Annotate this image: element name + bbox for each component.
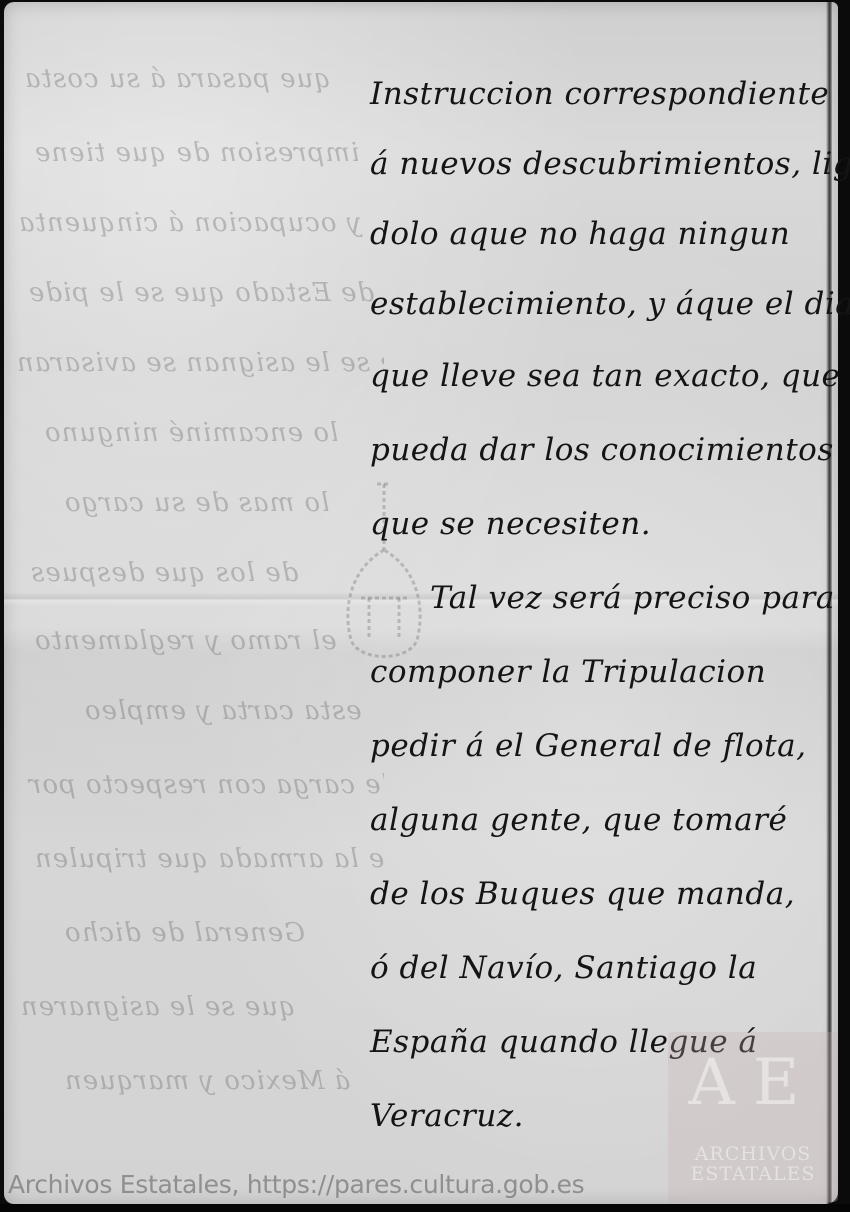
manuscript-line: alguna gente, que tomaré xyxy=(370,802,787,838)
logo-caption: ARCHIVOS ESTATALES xyxy=(668,1144,838,1184)
scan-bottom-edge xyxy=(0,1204,850,1212)
manuscript-line: Instruccion correspondiente xyxy=(370,76,829,112)
manuscript-line: que se necesiten. xyxy=(370,506,651,542)
manuscript-line: Tal vez será preciso para xyxy=(430,580,835,616)
archivos-estatales-logo: AE ARCHIVOS ESTATALES xyxy=(668,1032,838,1202)
bleed-line: á Mexico y marquen xyxy=(64,1066,350,1096)
manuscript-line: establecimiento, y áque el diario xyxy=(370,286,850,322)
bleed-line: de la armada que tripulen xyxy=(34,844,384,874)
bleed-through-text: que pasara á su costa impresion de que t… xyxy=(4,2,384,1142)
bleed-line: lo mas de su cargo xyxy=(64,488,329,518)
manuscript-page: que pasara á su costa impresion de que t… xyxy=(4,2,838,1204)
bleed-line: de los que despues xyxy=(30,558,298,588)
bleed-line: que se le asignaren xyxy=(20,992,296,1022)
bleed-line: que se le asignan se avisaran xyxy=(16,348,384,378)
bleed-line: lo encaminé ninguno xyxy=(44,418,338,448)
bleed-line: esta carta y empleo xyxy=(84,696,362,726)
bleed-line: el ramo y reglamento xyxy=(34,626,337,656)
bleed-line: de Estado que se le pide xyxy=(28,278,374,308)
manuscript-line: que lleve sea tan exacto, que xyxy=(370,358,840,394)
bleed-line: que pasara á su costa xyxy=(24,64,331,94)
bleed-line: y ocupacion á cinquenta xyxy=(18,208,361,238)
logo-caption-line: ESTATALES xyxy=(668,1164,838,1184)
archive-credit-watermark: Archivos Estatales, https://pares.cultur… xyxy=(8,1170,584,1199)
manuscript-line: pedir á el General de flota, xyxy=(370,728,806,764)
logo-caption-line: ARCHIVOS xyxy=(668,1144,838,1164)
manuscript-line: de los Buques que manda, xyxy=(370,876,795,912)
manuscript-line: á nuevos descubrimientos, ligan xyxy=(370,146,850,182)
logo-letters: AE xyxy=(668,1046,838,1120)
manuscript-line: dolo aque no haga ningun xyxy=(370,216,790,252)
bleed-line: impresion de que tiene xyxy=(34,138,359,168)
bleed-line: de carga con respecto por xyxy=(28,770,384,800)
manuscript-line: pueda dar los conocimientos xyxy=(370,432,834,468)
manuscript-line: ó del Navío, Santiago la xyxy=(370,950,757,986)
manuscript-line: Veracruz. xyxy=(370,1098,524,1134)
manuscript-line: componer la Tripulacion xyxy=(370,654,766,690)
bleed-line: General de dicho xyxy=(64,918,305,948)
scan-background: que pasara á su costa impresion de que t… xyxy=(0,0,850,1212)
